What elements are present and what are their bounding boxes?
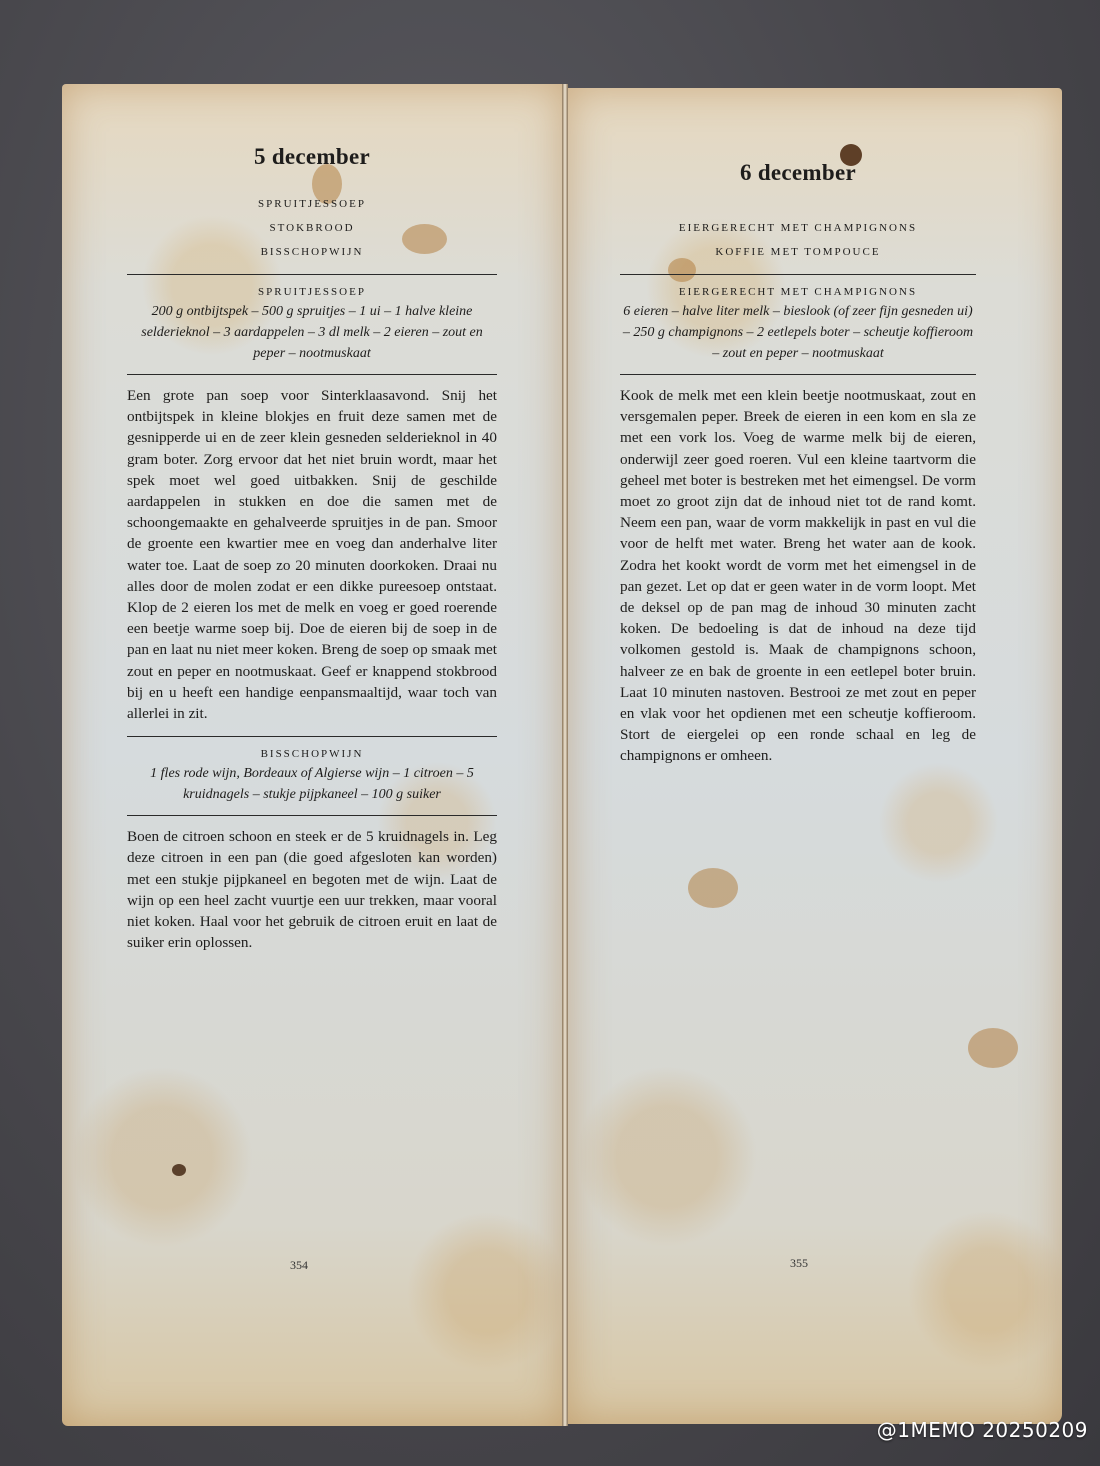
recipe-instructions: Kook de melk met een klein beetje nootmu… — [620, 385, 976, 767]
recipe-title: BISSCHOPWIJN — [127, 745, 497, 763]
recipe-title: EIERGERECHT MET CHAMPIGNONS — [620, 283, 976, 301]
divider — [127, 815, 497, 816]
menu-item: STOKBROOD — [127, 216, 497, 240]
recipe-instructions: Een grote pan soep voor Sinterklaasavond… — [127, 385, 497, 724]
daily-menu: EIERGERECHT MET CHAMPIGNONS KOFFIE MET T… — [620, 216, 976, 264]
ingredients-list: 6 eieren – halve liter melk – bieslook (… — [620, 301, 976, 364]
menu-item: SPRUITJESSOEP — [127, 192, 497, 216]
daily-menu: SPRUITJESSOEP STOKBROOD BISSCHOPWIJN — [127, 192, 497, 264]
right-page-content: 6 december EIERGERECHT MET CHAMPIGNONS K… — [620, 160, 976, 767]
stain — [688, 868, 738, 908]
divider — [127, 374, 497, 375]
ingredients-list: 200 g ontbijtspek – 500 g spruitjes – 1 … — [127, 301, 497, 364]
page-date: 6 december — [620, 160, 976, 186]
divider — [620, 274, 976, 275]
left-page-content: 5 december SPRUITJESSOEP STOKBROOD BISSC… — [127, 144, 497, 953]
stain — [968, 1028, 1018, 1068]
menu-item: BISSCHOPWIJN — [127, 240, 497, 264]
page-number: 355 — [790, 1256, 808, 1271]
recipe-instructions: Boen de citroen schoon en steek er de 5 … — [127, 826, 497, 953]
menu-item: KOFFIE MET TOMPOUCE — [620, 240, 976, 264]
ingredients-list: 1 fles rode wijn, Bordeaux of Algierse w… — [127, 763, 497, 805]
menu-item: EIERGERECHT MET CHAMPIGNONS — [620, 216, 976, 240]
divider — [620, 374, 976, 375]
divider — [127, 736, 497, 737]
right-page: 6 december EIERGERECHT MET CHAMPIGNONS K… — [568, 88, 1062, 1424]
divider — [127, 274, 497, 275]
left-page: 5 december SPRUITJESSOEP STOKBROOD BISSC… — [62, 84, 562, 1426]
page-date: 5 december — [127, 144, 497, 170]
watermark: @1MEMO 20250209 — [877, 1418, 1088, 1442]
stain — [172, 1164, 186, 1176]
page-number: 354 — [290, 1258, 308, 1273]
recipe-title: SPRUITJESSOEP — [127, 283, 497, 301]
